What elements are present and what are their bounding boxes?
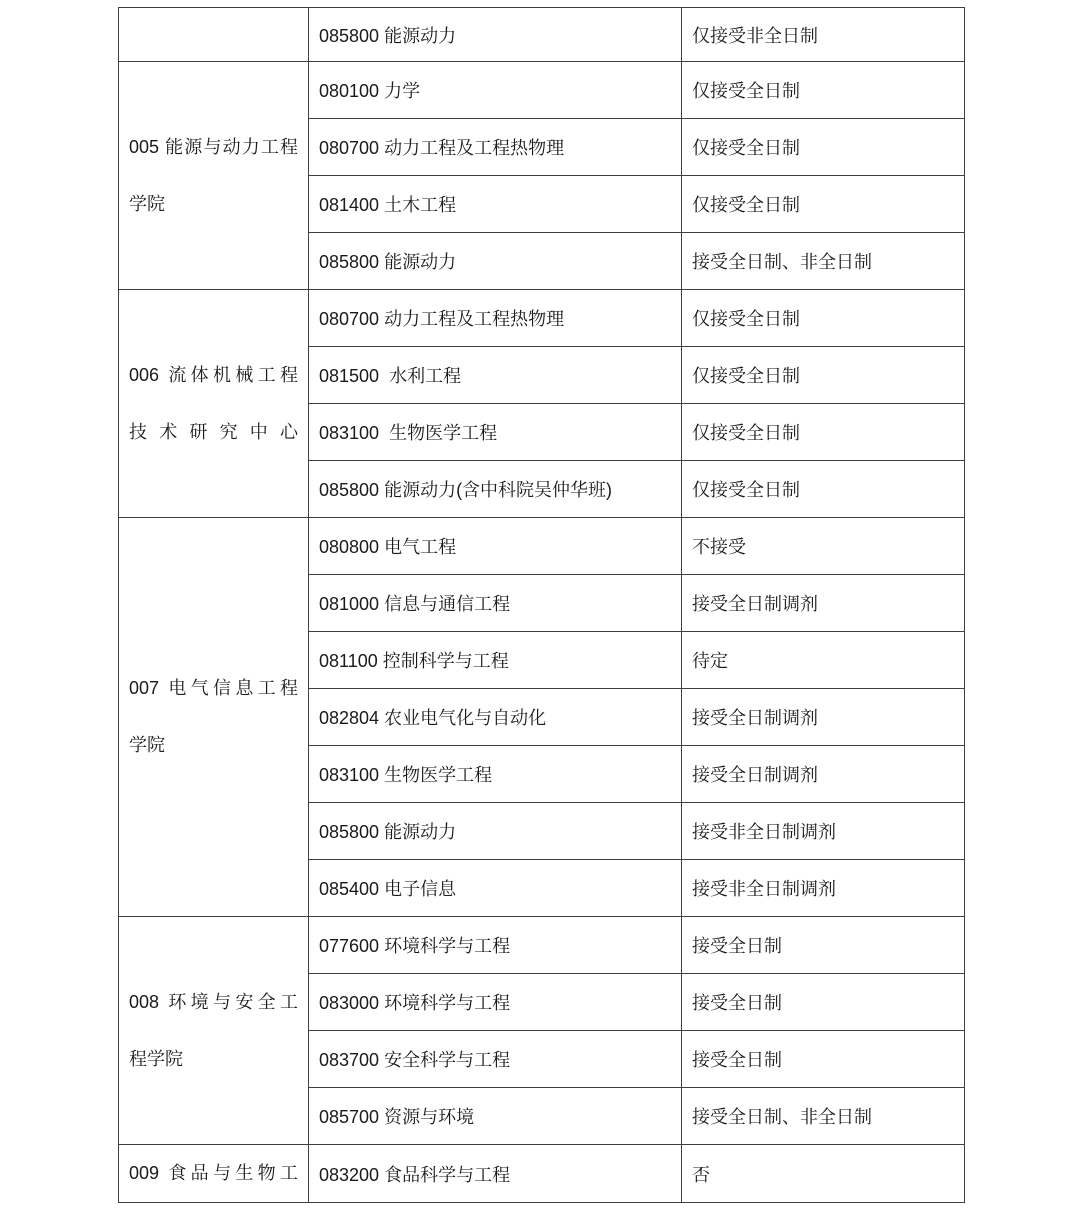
table-row: 008 环境与安全工 程学院 077600 环境科学与工程 接受全日制 — [119, 917, 965, 974]
major-cell: 082804 农业电气化与自动化 — [309, 689, 682, 746]
major-cell: 083100 生物医学工程 — [309, 746, 682, 803]
status-cell: 接受全日制 — [682, 974, 965, 1031]
college-cell-007: 007 电气信息工程 学院 — [119, 518, 309, 917]
status-cell: 接受全日制、非全日制 — [682, 233, 965, 290]
college-name-line: 学院 — [129, 176, 298, 233]
college-name-line: 技术研究中心 — [129, 404, 298, 461]
major-cell: 081400 土木工程 — [309, 176, 682, 233]
status-cell: 接受全日制 — [682, 917, 965, 974]
college-name-line: 学院 — [129, 717, 298, 774]
status-cell: 接受非全日制调剂 — [682, 860, 965, 917]
major-cell: 080700 动力工程及工程热物理 — [309, 290, 682, 347]
major-cell: 083700 安全科学与工程 — [309, 1031, 682, 1088]
status-cell: 仅接受全日制 — [682, 404, 965, 461]
status-cell: 接受全日制调剂 — [682, 746, 965, 803]
major-cell: 085800 能源动力 — [309, 803, 682, 860]
major-cell: 085700 资源与环境 — [309, 1088, 682, 1145]
document-page: 085800 能源动力 仅接受非全日制 005 能源与动力工程 学院 08010… — [0, 0, 1080, 1203]
table-row: 007 电气信息工程 学院 080800 电气工程 不接受 — [119, 518, 965, 575]
status-cell: 接受全日制调剂 — [682, 689, 965, 746]
major-cell: 080700 动力工程及工程热物理 — [309, 119, 682, 176]
status-cell: 仅接受全日制 — [682, 461, 965, 518]
college-name-line: 009 食品与生物工 — [129, 1145, 298, 1202]
college-name-line: 006 流体机械工程 — [129, 347, 298, 404]
major-cell: 081500 水利工程 — [309, 347, 682, 404]
admissions-table: 085800 能源动力 仅接受非全日制 005 能源与动力工程 学院 08010… — [118, 7, 965, 1203]
status-cell: 仅接受全日制 — [682, 290, 965, 347]
status-cell: 仅接受全日制 — [682, 176, 965, 233]
status-cell: 仅接受全日制 — [682, 347, 965, 404]
college-name-line: 007 电气信息工程 — [129, 660, 298, 717]
major-cell: 083100 生物医学工程 — [309, 404, 682, 461]
major-cell: 081000 信息与通信工程 — [309, 575, 682, 632]
college-name-line: 程学院 — [129, 1031, 298, 1088]
major-cell: 081100 控制科学与工程 — [309, 632, 682, 689]
college-name-line: 008 环境与安全工 — [129, 974, 298, 1031]
major-cell: 085800 能源动力 — [309, 233, 682, 290]
major-cell: 080100 力学 — [309, 62, 682, 119]
major-cell: 083000 环境科学与工程 — [309, 974, 682, 1031]
status-cell: 仅接受非全日制 — [682, 8, 965, 62]
major-cell: 085800 能源动力 — [309, 8, 682, 62]
college-cell-empty — [119, 8, 309, 62]
college-cell-008: 008 环境与安全工 程学院 — [119, 917, 309, 1145]
major-cell: 085800 能源动力(含中科院吴仲华班) — [309, 461, 682, 518]
status-cell: 接受全日制 — [682, 1031, 965, 1088]
college-cell-009: 009 食品与生物工 — [119, 1145, 309, 1203]
status-cell: 不接受 — [682, 518, 965, 575]
college-cell-006: 006 流体机械工程 技术研究中心 — [119, 290, 309, 518]
table-row: 085800 能源动力 仅接受非全日制 — [119, 8, 965, 62]
college-cell-005: 005 能源与动力工程 学院 — [119, 62, 309, 290]
status-cell: 待定 — [682, 632, 965, 689]
status-cell: 仅接受全日制 — [682, 119, 965, 176]
status-cell: 仅接受全日制 — [682, 62, 965, 119]
major-cell: 083200 食品科学与工程 — [309, 1145, 682, 1203]
table-row: 006 流体机械工程 技术研究中心 080700 动力工程及工程热物理 仅接受全… — [119, 290, 965, 347]
status-cell: 接受全日制、非全日制 — [682, 1088, 965, 1145]
status-cell: 接受非全日制调剂 — [682, 803, 965, 860]
major-cell: 085400 电子信息 — [309, 860, 682, 917]
major-cell: 077600 环境科学与工程 — [309, 917, 682, 974]
college-name-line: 005 能源与动力工程 — [129, 119, 298, 176]
major-cell: 080800 电气工程 — [309, 518, 682, 575]
status-cell: 否 — [682, 1145, 965, 1203]
table-row: 009 食品与生物工 083200 食品科学与工程 否 — [119, 1145, 965, 1203]
table-row: 005 能源与动力工程 学院 080100 力学 仅接受全日制 — [119, 62, 965, 119]
status-cell: 接受全日制调剂 — [682, 575, 965, 632]
